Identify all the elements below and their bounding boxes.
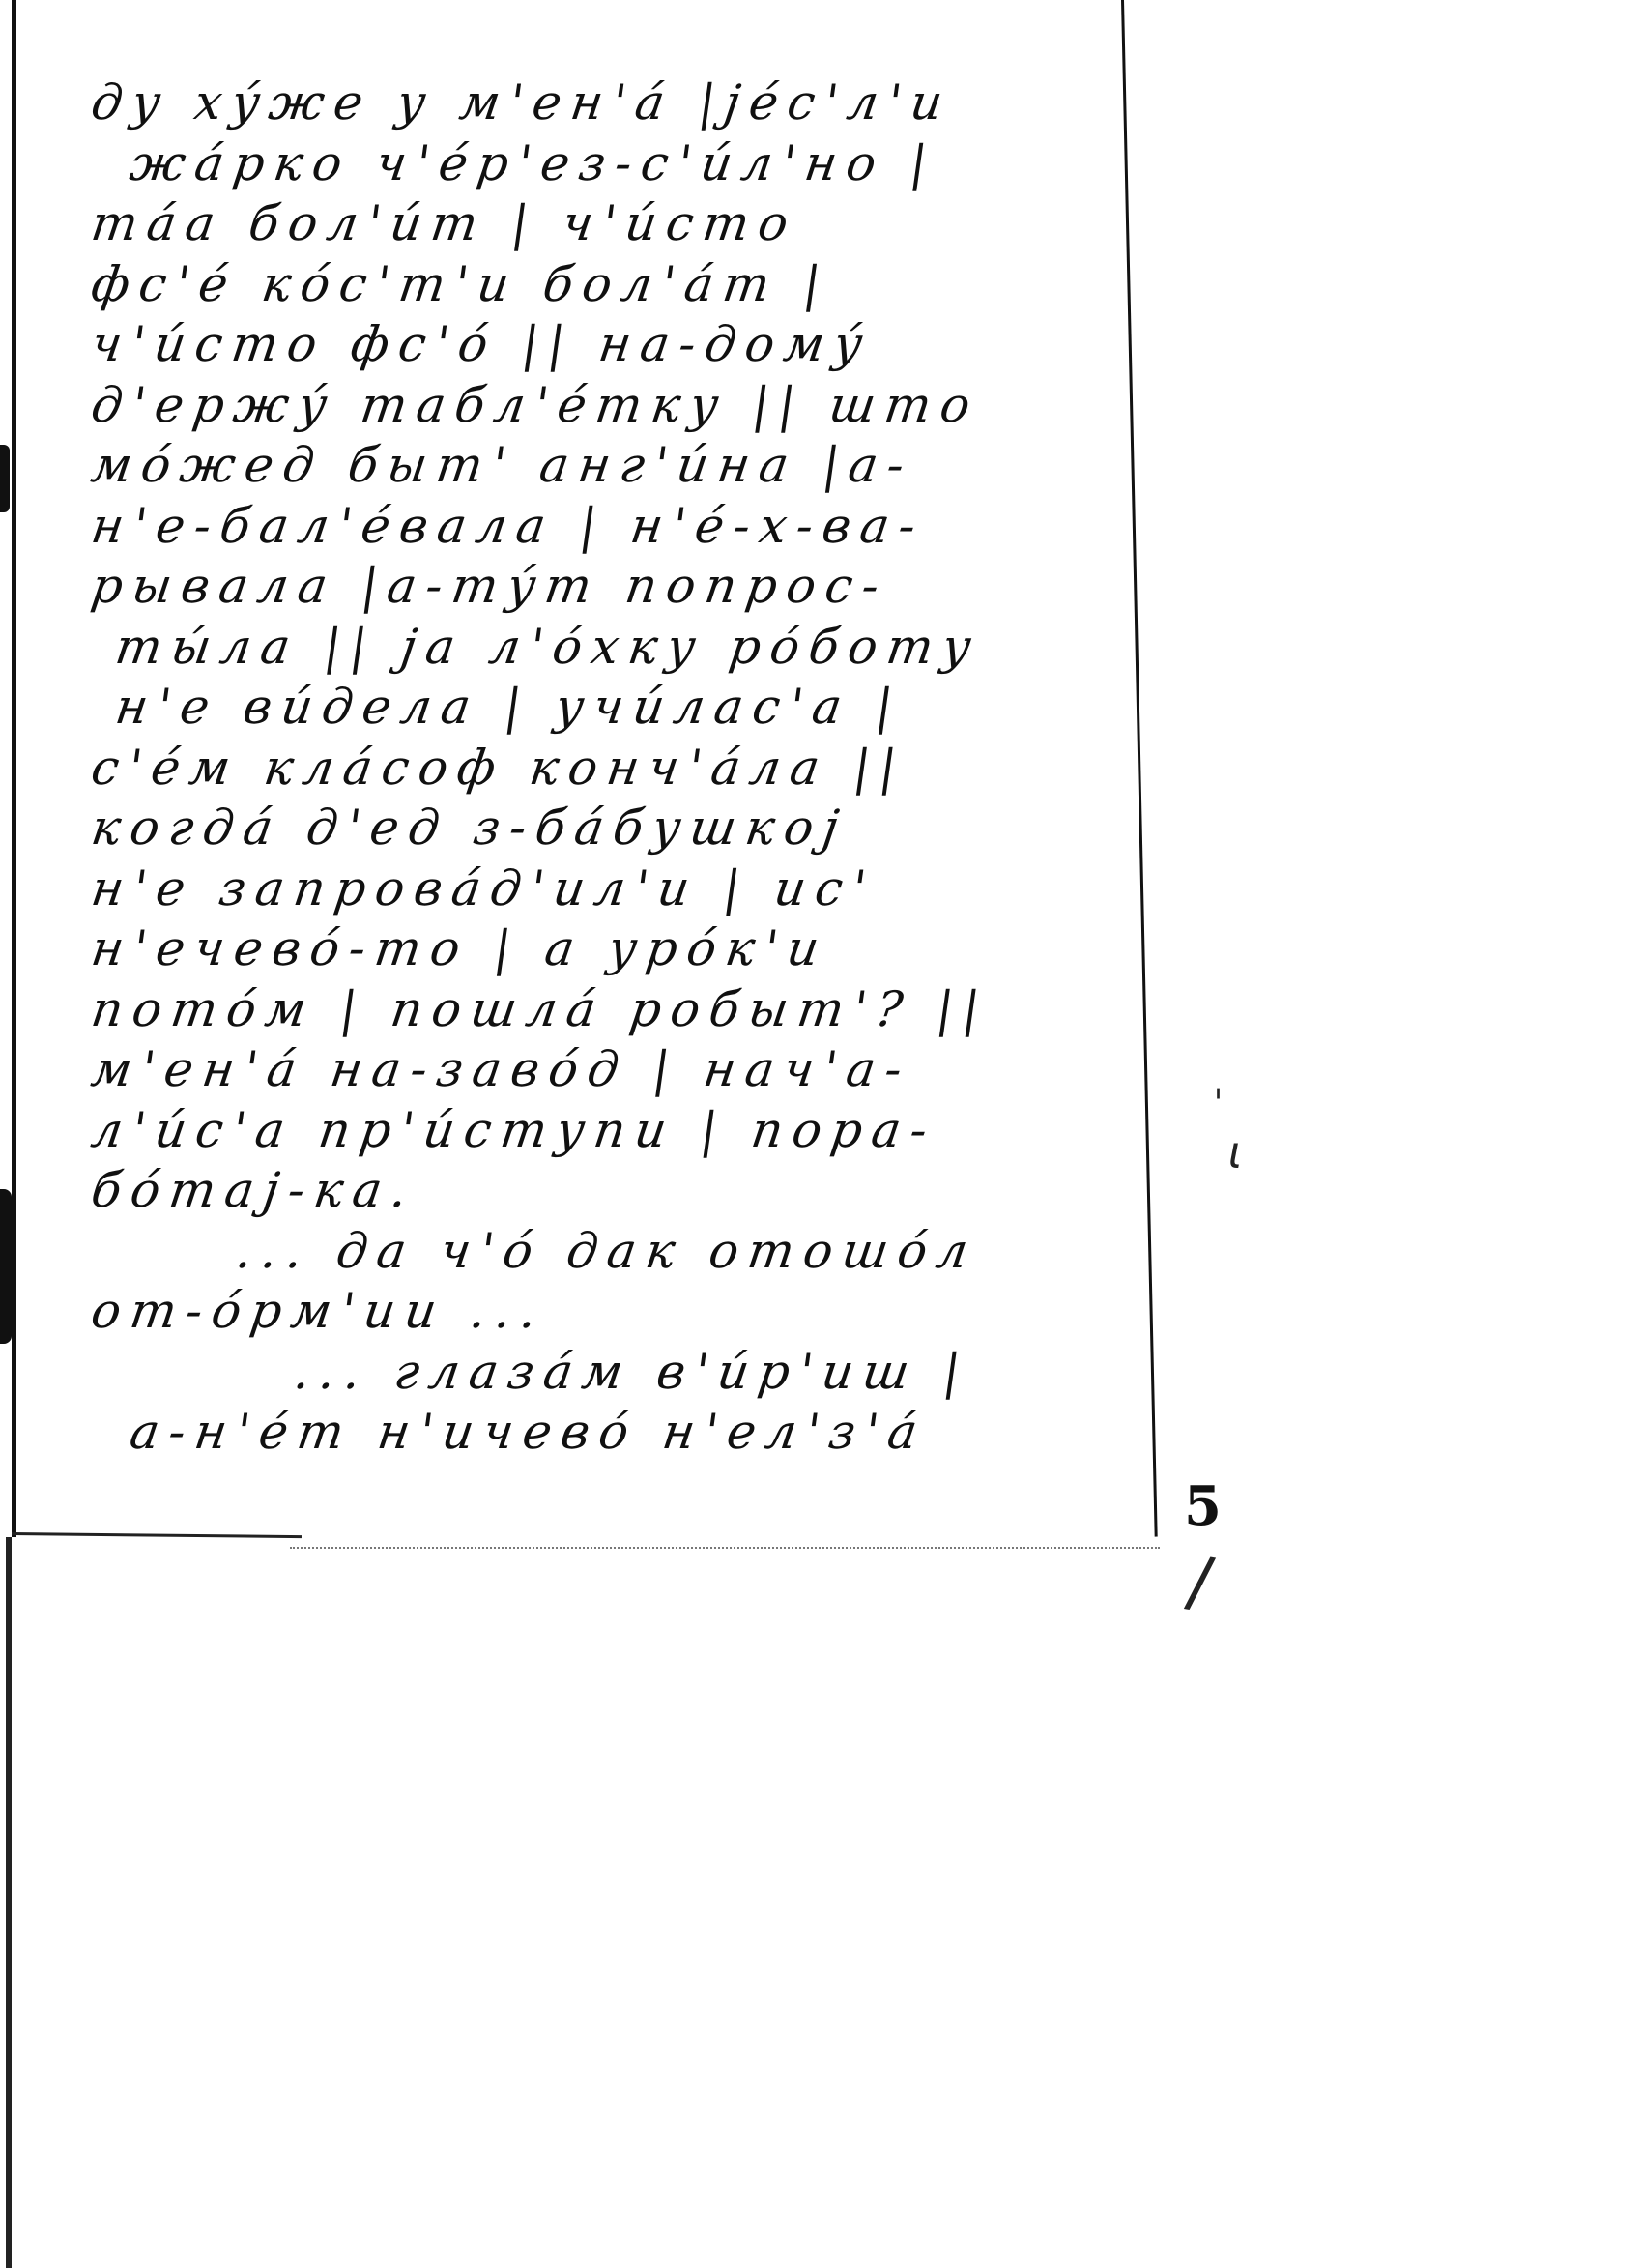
scanned-page: ду ху́же у м'ен'а́ |је́с'л'и жа́рко ч'е́…	[0, 0, 1643, 2268]
left-margin-rule	[12, 0, 16, 1537]
handwritten-text-block: ду ху́же у м'ен'а́ |је́с'л'и жа́рко ч'е́…	[92, 73, 1203, 1463]
margin-note-mark: ɩ	[1227, 1126, 1245, 1178]
text-line: н'е ви́дела | учи́лас'а |	[88, 677, 1208, 738]
text-line: ... глаза́м в'и́р'иш |	[88, 1342, 1208, 1403]
scan-edge-blot	[0, 445, 10, 512]
text-line: пото́м | пошла́ робыт'? ||	[88, 979, 1208, 1040]
text-line: мо́жед быт' анг'и́на |а-	[88, 435, 1208, 496]
bottom-rule	[12, 1532, 302, 1538]
text-line: ты́ла || ја л'о́хку ро́боту	[88, 617, 1208, 678]
text-line: д'ержу́ табл'е́тку || што	[88, 375, 1208, 436]
scan-edge-line	[6, 1537, 12, 2268]
text-line: бо́тај-ка.	[88, 1160, 1208, 1221]
text-line: л'и́с'а пр'и́ступи | пора-	[88, 1100, 1208, 1161]
text-line: от-о́рм'ии ...	[88, 1281, 1208, 1342]
text-line: м'ен'а́ на-заво́д | нач'а-	[88, 1039, 1208, 1100]
text-line: н'е-бал'е́вала | н'е́-х-ва-	[88, 496, 1208, 557]
text-line: жа́рко ч'е́р'ез-с'и́л'но |	[88, 133, 1208, 194]
text-line: ч'и́сто фс'о́ || на-дому́	[88, 314, 1208, 375]
margin-slash-mark: /	[1182, 1541, 1218, 1623]
text-line: с'е́м кла́соф конч'а́ла ||	[88, 738, 1208, 799]
text-line: рывала |а-ту́т попрос-	[88, 556, 1208, 617]
text-line: ... да ч'о́ дак отошо́л	[88, 1221, 1208, 1282]
text-line: н'е запрова́д'ил'и | ис'	[88, 858, 1208, 919]
page-number: 5	[1184, 1474, 1222, 1538]
text-line: фс'е́ ко́с'т'и бол'а́т |	[88, 254, 1208, 315]
text-line: н'ечево́-то | а уро́к'и	[88, 918, 1208, 979]
scan-noise	[290, 1547, 1160, 1551]
scan-edge-blot	[0, 1189, 12, 1344]
margin-tick-mark: ˈ	[1213, 1083, 1224, 1127]
text-line: а-н'е́т н'ичево́ н'ел'з'а́	[88, 1402, 1208, 1463]
text-line: когда́ д'ед з-ба́бушкој	[88, 798, 1208, 858]
text-line: ду ху́же у м'ен'а́ |је́с'л'и	[88, 73, 1208, 133]
text-line: та́а бол'и́т | ч'и́сто	[88, 193, 1208, 254]
